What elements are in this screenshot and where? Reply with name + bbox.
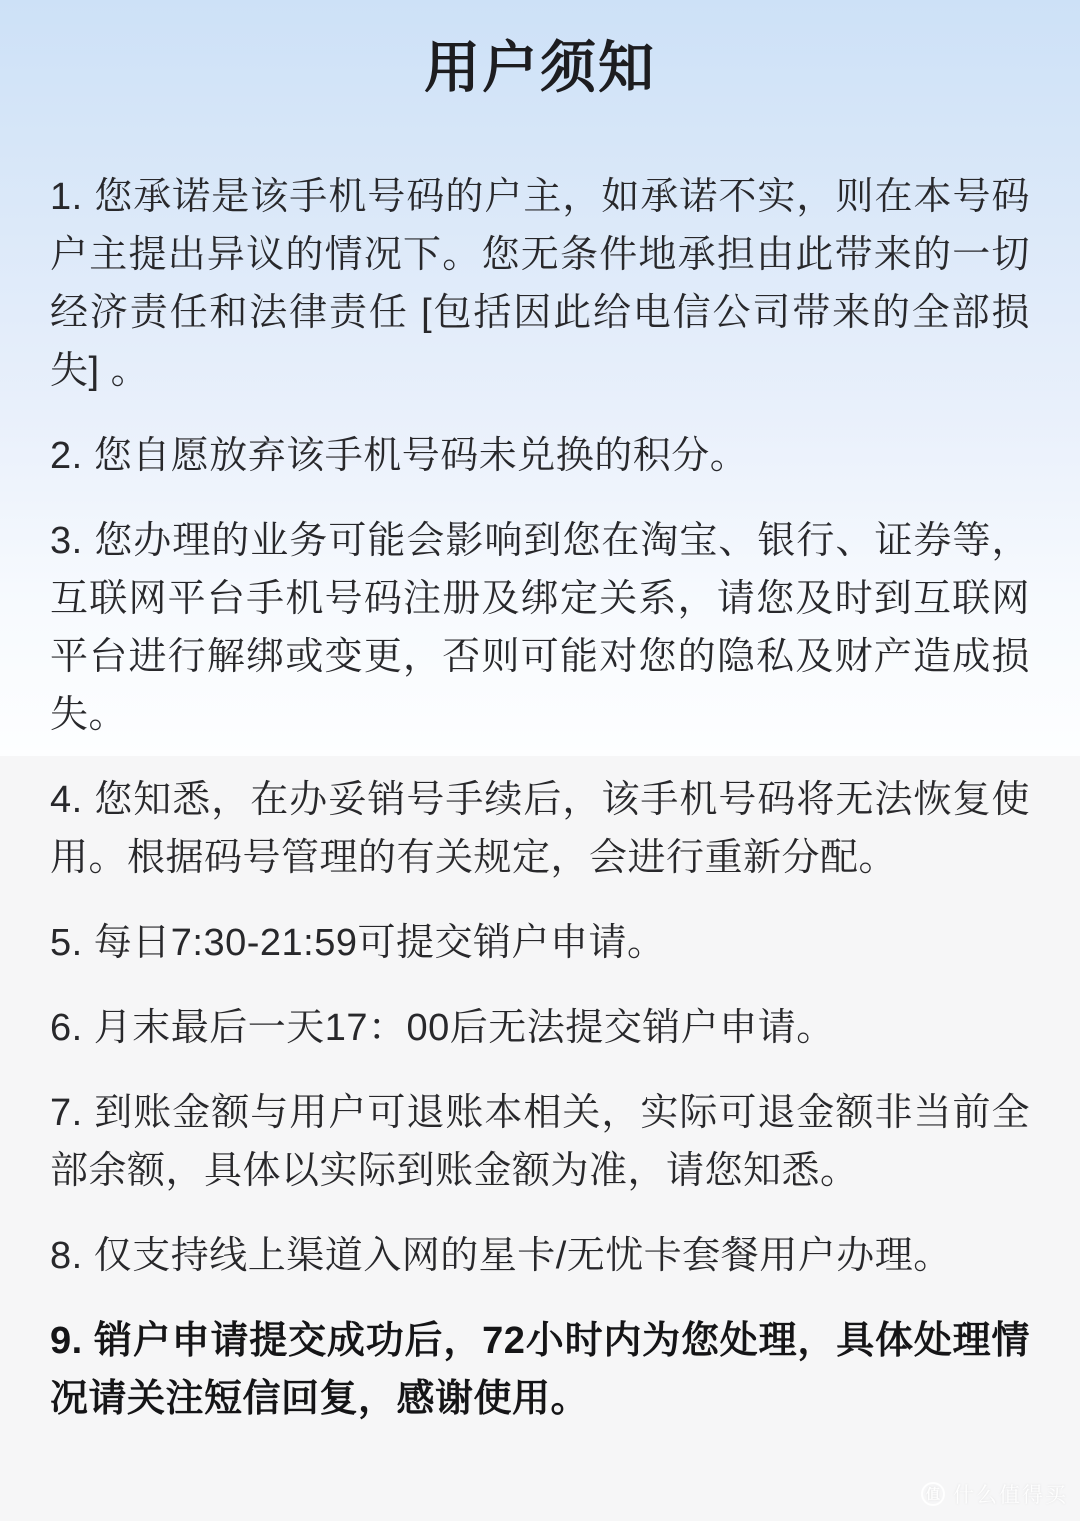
smzdm-logo-icon: 值 <box>921 1482 945 1506</box>
page-title: 用户须知 <box>50 38 1030 98</box>
smzdm-logo-char: 值 <box>926 1487 940 1501</box>
user-notice-page: 用户须知 1. 您承诺是该手机号码的户主，如承诺不实，则在本号码户主提出异议的情… <box>0 0 1080 1521</box>
notice-item-8: 8. 仅支持线上渠道入网的星卡/无忧卡套餐用户办理。 <box>50 1227 1030 1285</box>
notice-item-4: 4. 您知悉，在办妥销号手续后，该手机号码将无法恢复使用。根据码号管理的有关规定… <box>50 771 1030 887</box>
watermark-text: 什么值得买 <box>953 1479 1068 1509</box>
notice-item-9: 9. 销户申请提交成功后，72小时内为您处理，具体处理情况请关注短信回复，感谢使… <box>50 1312 1030 1428</box>
notice-item-1: 1. 您承诺是该手机号码的户主，如承诺不实，则在本号码户主提出异议的情况下。您无… <box>50 168 1030 400</box>
notice-list: 1. 您承诺是该手机号码的户主，如承诺不实，则在本号码户主提出异议的情况下。您无… <box>50 168 1030 1428</box>
notice-item-3: 3. 您办理的业务可能会影响到您在淘宝、银行、证券等，互联网平台手机号码注册及绑… <box>50 512 1030 744</box>
notice-item-7: 7. 到账金额与用户可退账本相关，实际可退金额非当前全部余额，具体以实际到账金额… <box>50 1084 1030 1200</box>
notice-item-5: 5. 每日7:30-21:59可提交销户申请。 <box>50 914 1030 972</box>
watermark: 值 什么值得买 <box>921 1479 1068 1509</box>
notice-content: 用户须知 1. 您承诺是该手机号码的户主，如承诺不实，则在本号码户主提出异议的情… <box>0 0 1080 1428</box>
notice-item-2: 2. 您自愿放弃该手机号码未兑换的积分。 <box>50 427 1030 485</box>
notice-item-6: 6. 月末最后一天17：00后无法提交销户申请。 <box>50 999 1030 1057</box>
